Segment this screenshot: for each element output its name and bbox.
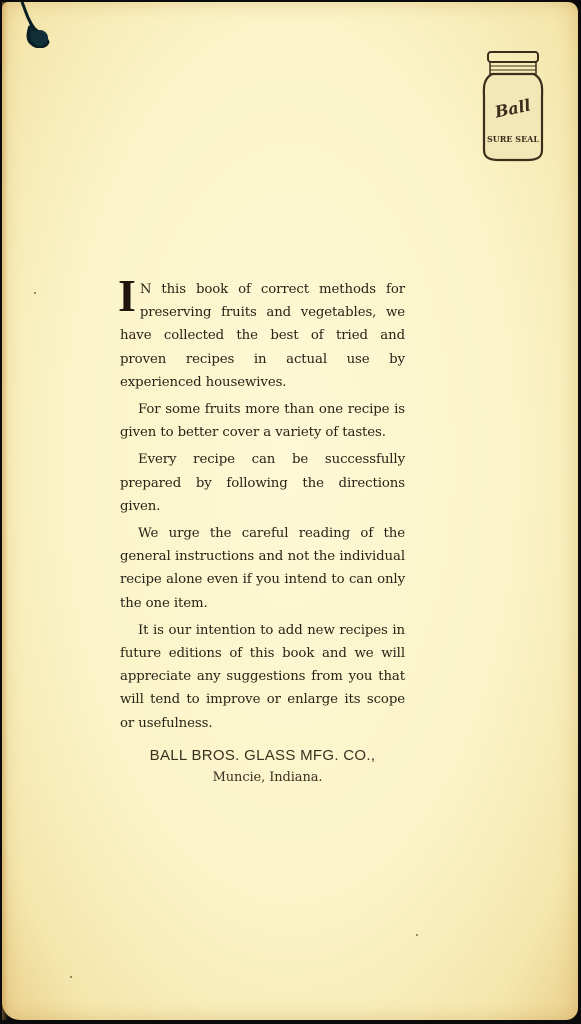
ball-sure-seal-jar-icon: Ball SURE SEAL <box>478 46 548 166</box>
paper-speck <box>416 934 418 936</box>
preface-text: IN this book of correct methods for pres… <box>120 278 405 789</box>
instructions-paragraph: We urge the careful reading of the gener… <box>120 522 405 615</box>
dropcap-letter: I <box>118 276 136 318</box>
svg-text:SURE SEAL: SURE SEAL <box>487 134 539 144</box>
company-location: Muncie, Indiana. <box>130 767 405 789</box>
page-edge <box>2 2 8 1020</box>
paper-speck <box>34 292 36 294</box>
recipes-variety-paragraph: For some fruits more than one recipe is … <box>120 398 405 444</box>
paper-speck <box>70 976 72 978</box>
book-page: Ball SURE SEAL IN this book of correct m… <box>2 2 578 1020</box>
future-editions-paragraph: It is our intention to add new recipes i… <box>120 619 405 735</box>
intro-paragraph: IN this book of correct methods for pres… <box>120 278 405 394</box>
directions-paragraph: Every recipe can be successfully prepare… <box>120 448 405 518</box>
company-signature: BALL BROS. GLASS MFG. CO., <box>120 745 405 767</box>
binding-string-icon <box>16 2 52 48</box>
